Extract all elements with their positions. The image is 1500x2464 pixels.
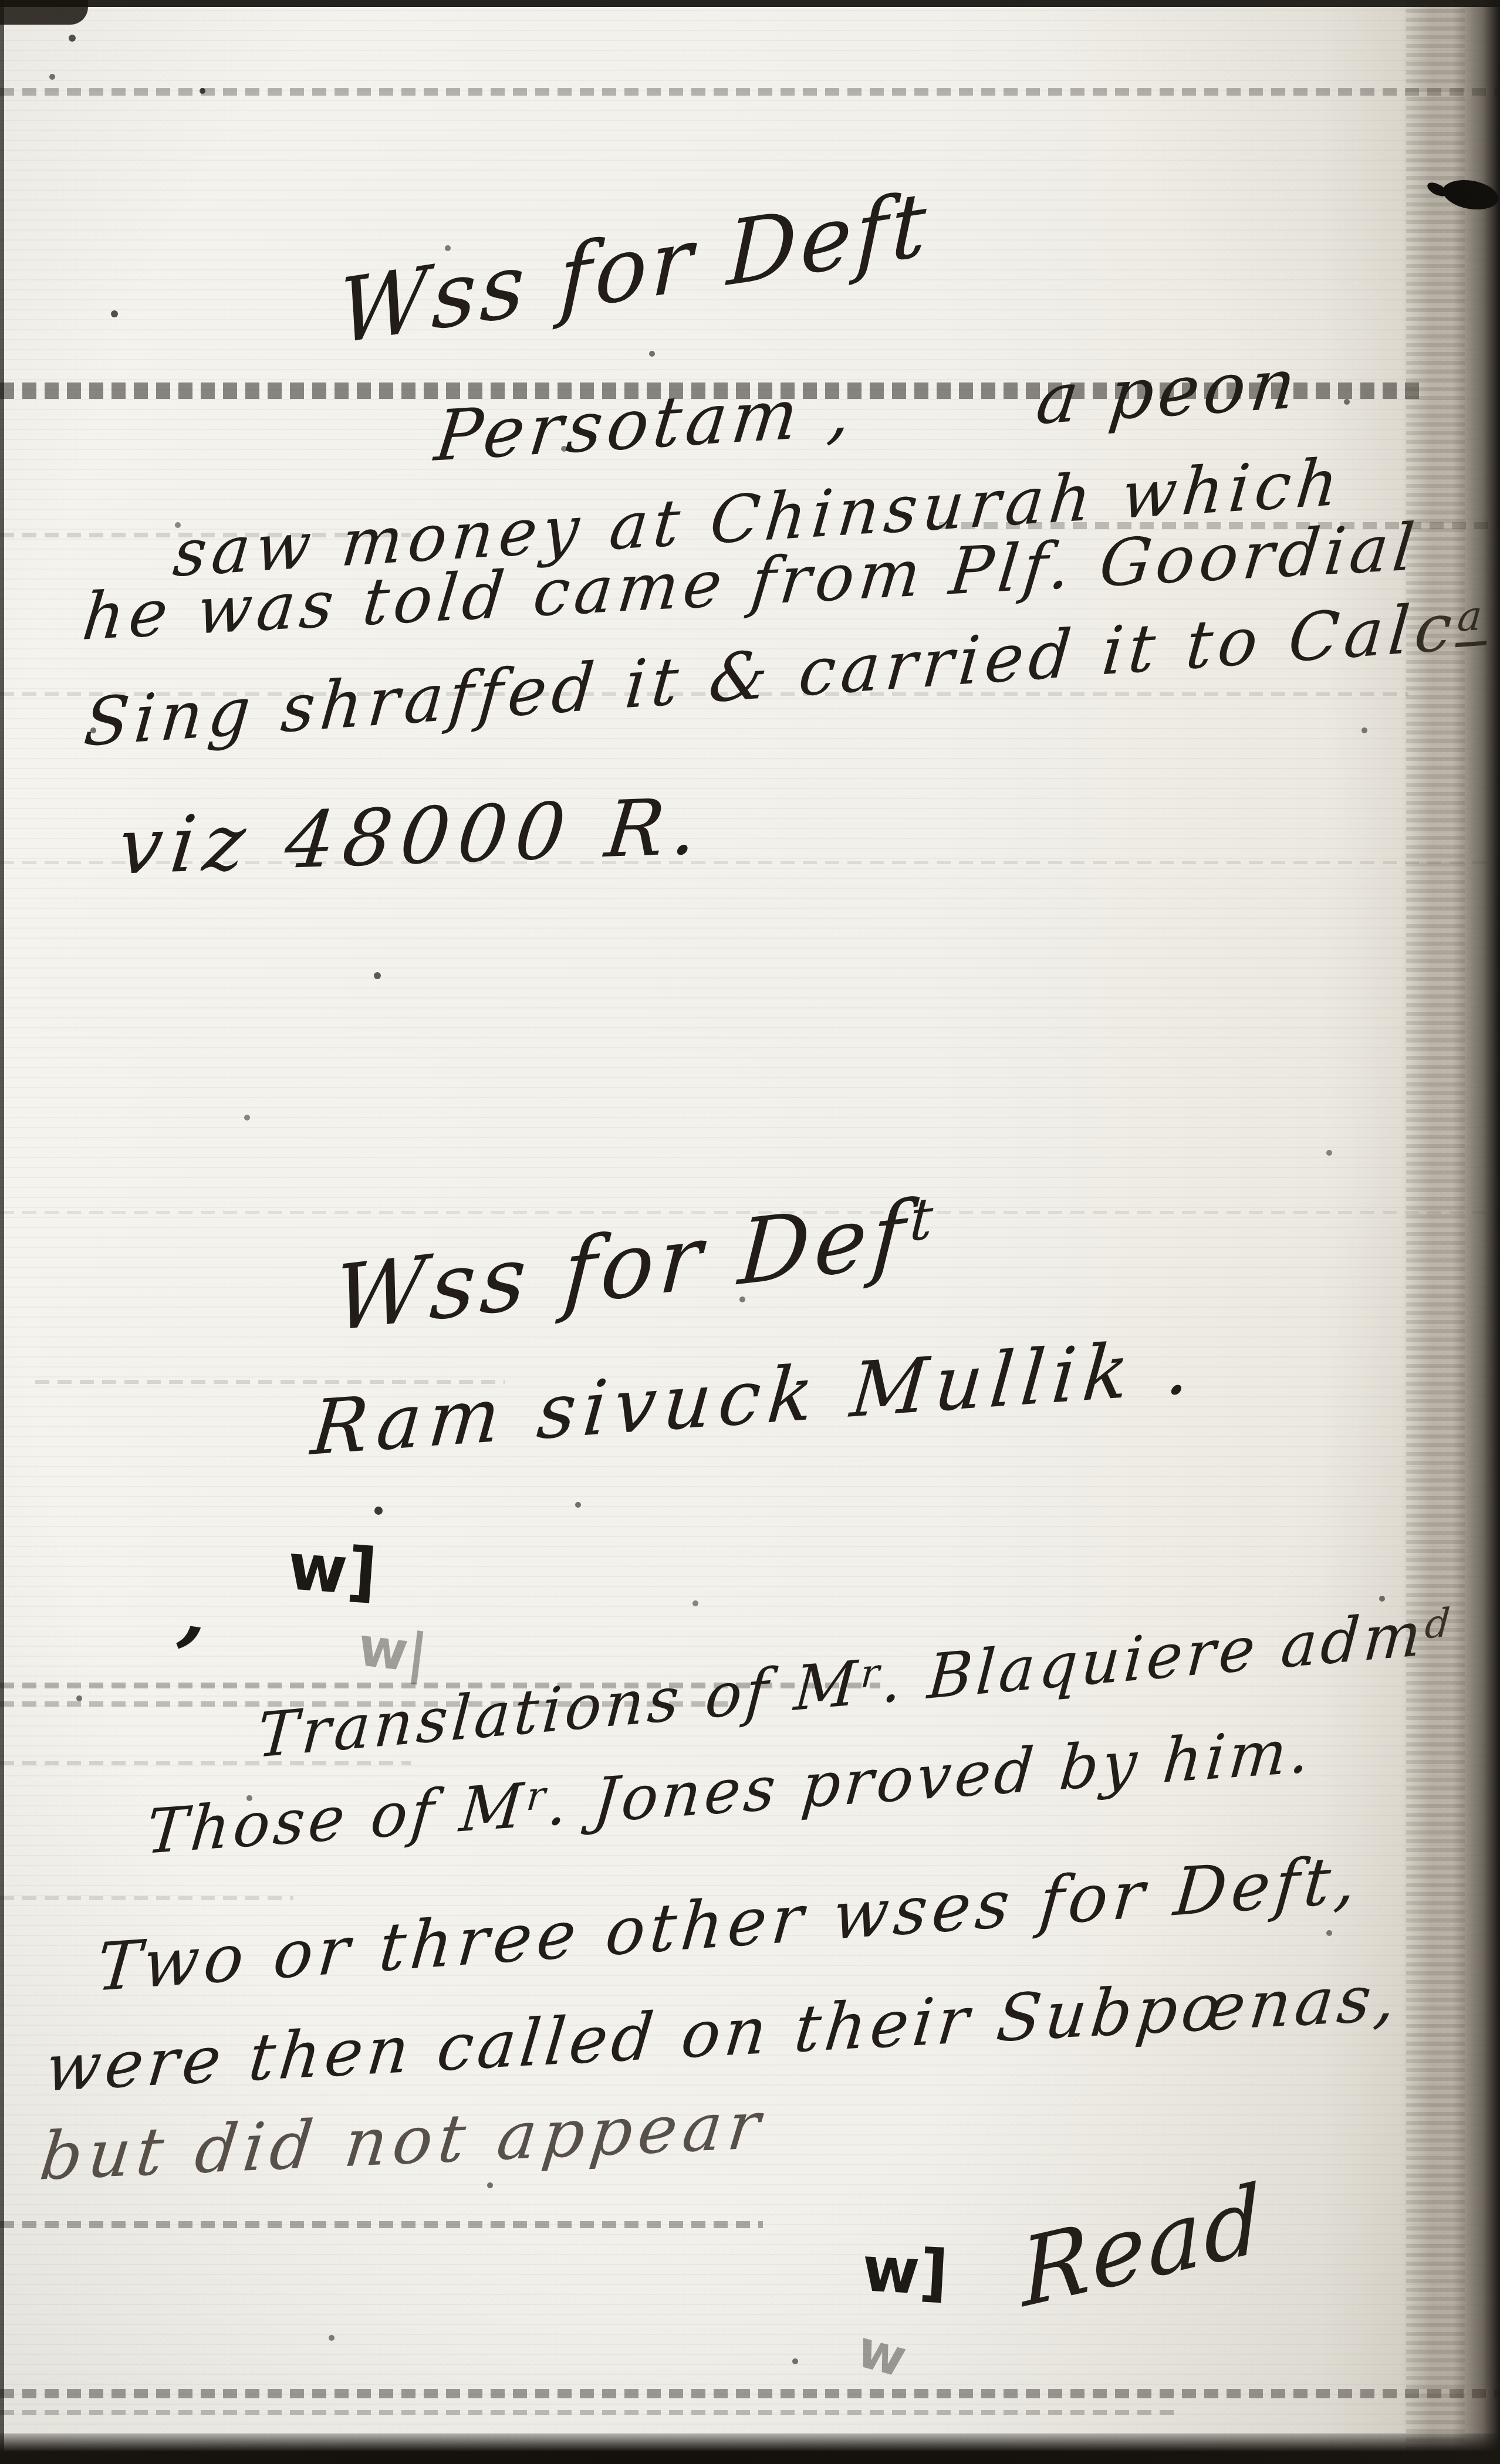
scan-streak (0, 2221, 763, 2228)
binding-gutter-texture (1406, 0, 1465, 2464)
handwritten-heading-witnesses-for-defendant-2: Wss for Deft (332, 1181, 940, 1349)
handwritten-annotation-read: Read (1019, 2167, 1266, 2327)
note-2-text: Those of M (144, 1769, 529, 1868)
admitted-superscript: d (1424, 1599, 1455, 1648)
ink-mark-comma: , (175, 1565, 215, 1658)
scan-streak (0, 2389, 1500, 2398)
page-edge-top (0, 0, 1500, 7)
handwritten-heading-witnesses-for-defendant: Wss for Deft (337, 175, 931, 362)
ink-mark-w-faint: w| (354, 1615, 431, 1686)
calcutta-abbreviation-superscript: a (1455, 591, 1491, 647)
ink-mark-w-bracket: w] (285, 1529, 379, 1610)
mr-superscript: r (859, 1649, 884, 1697)
heading-2-text: Wss for Def (332, 1181, 913, 1352)
ink-blot (1441, 176, 1500, 214)
page-corner-top-left (0, 0, 88, 25)
ink-mark-w-bracket-2: w] (860, 2233, 950, 2309)
ink-mark-w-faint-2: w (851, 2319, 913, 2389)
witness-name: Persotam , (431, 370, 860, 477)
scan-streak (0, 2410, 1174, 2415)
handwritten-line-closing-3: but did not appear (36, 2089, 769, 2194)
deft-superscript: t (908, 1184, 940, 1254)
note-1-text-2: . Blaquiere adm (880, 1597, 1427, 1717)
scan-streak (0, 88, 1500, 96)
page-edge-bottom (0, 2433, 1500, 2464)
page-edge-left (0, 0, 4, 2464)
witness-role: a peon (1032, 343, 1304, 441)
binding-gutter-shadow (1401, 0, 1500, 2464)
handwritten-line-amount: viz 48000 R. (114, 784, 710, 890)
handwritten-line-witness-ramsivuck-mullik: Ram sivuck Mullik . (308, 1325, 1201, 1470)
manuscript-page: Wss for Deft Persotam ,a peon saw money … (0, 0, 1500, 2464)
scan-streak (0, 1896, 293, 1900)
